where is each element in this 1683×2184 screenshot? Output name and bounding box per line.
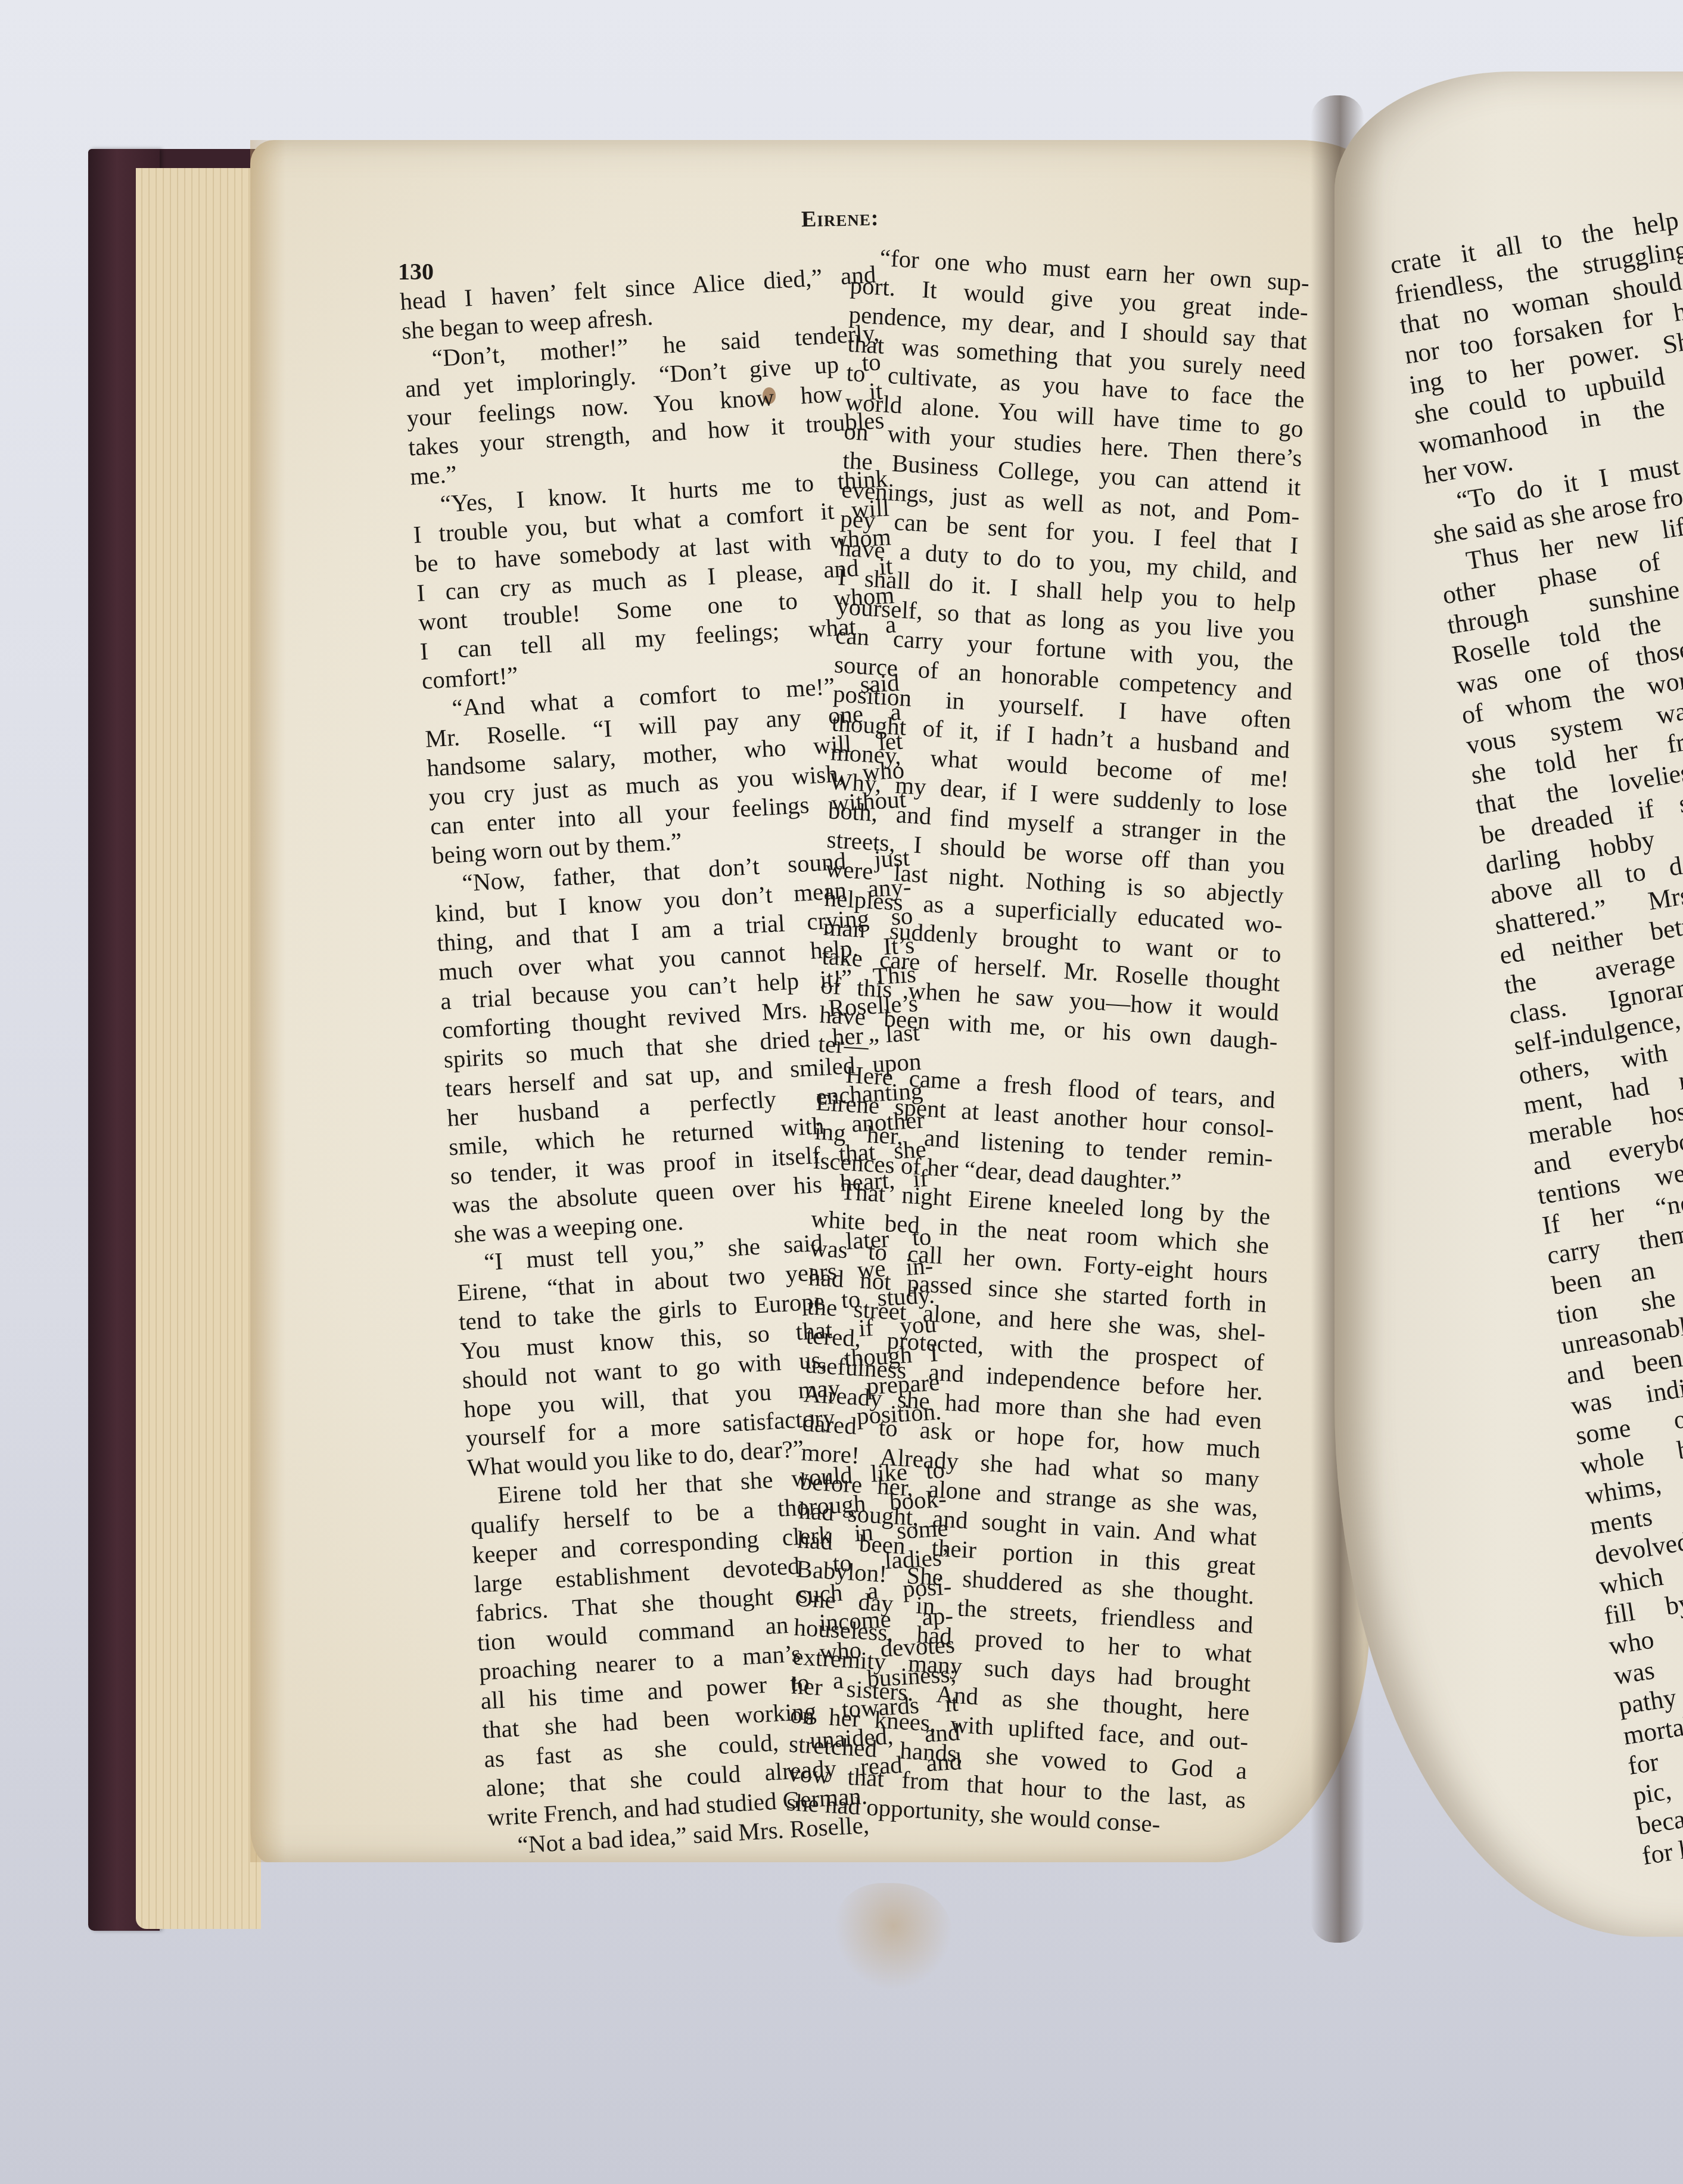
water-stain — [834, 1883, 953, 1990]
page-edges-stack — [136, 168, 261, 1929]
left-page-column-2: “for one who must earn her own sup-port.… — [786, 241, 1310, 1844]
running-head: Eirene: — [801, 205, 879, 233]
page-number: 130 — [398, 257, 434, 285]
